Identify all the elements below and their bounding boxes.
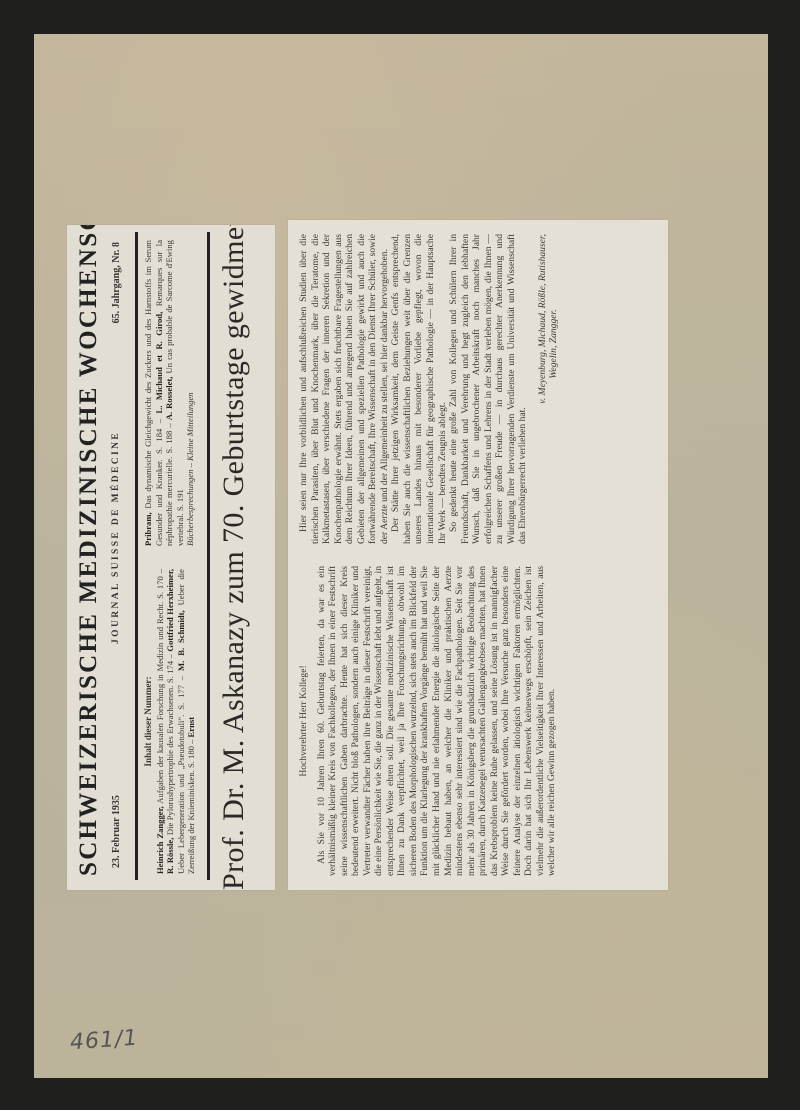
masthead-subline: 23. Februar 1935 JOURNAL SUISSE DE MÉDEC… (111, 236, 127, 876)
toc-author: R. Rössle, (165, 838, 175, 874)
body-paragraph: So gedenkt heute eine große Zahl von Kol… (448, 234, 529, 544)
salutation: Hochverehrter Herr Kollege! (298, 566, 310, 876)
toc-author: Ernst (186, 717, 196, 738)
toc-article: Die Pylorushypertrophie des Erwachsenen.… (165, 652, 175, 838)
issue-number: 65. Jahrgang, Nr. 8 (111, 242, 122, 323)
article-title: Prof. Dr. M. Askanazy zum 70. Geburtstag… (217, 225, 251, 890)
issue-date: 23. Februar 1935 (111, 795, 122, 868)
toc-heading: Inhalt dieser Nummer: (143, 569, 154, 874)
toc-author: Gottfried Herxheimer, (165, 569, 175, 652)
table-of-contents: Inhalt dieser Nummer: Heinrich Zangger, … (143, 234, 205, 878)
toc-author: L. Michaud et R. Girod, (154, 312, 164, 414)
masthead-clipping: SCHWEIZERISCHE MEDIZINISCHE WOCHENSCHRIF… (67, 225, 275, 890)
toc-author: A. Rosselet, (164, 377, 174, 421)
article-body-clipping: Hochverehrter Herr Kollege! Als Sie vor … (288, 220, 668, 890)
journal-title: SCHWEIZERISCHE MEDIZINISCHE WOCHENSCHRIF… (75, 236, 103, 876)
article-body-rotated: Hochverehrter Herr Kollege! Als Sie vor … (288, 220, 668, 890)
toc-column-2: Pribram, Das dynamische Gleichgewicht de… (143, 240, 196, 546)
divider-rule (207, 232, 210, 880)
signature-line: Wegelin, Zangger. (548, 234, 560, 544)
body-column-left: Hochverehrter Herr Kollege! Als Sie vor … (298, 566, 558, 876)
toc-column-1: Inhalt dieser Nummer: Heinrich Zangger, … (143, 569, 197, 874)
archive-number: 461/1 (69, 1026, 139, 1056)
signature-line: v. Meyenburg, Michaud, Rößle, Rutishause… (537, 234, 549, 544)
body-paragraph: Hier seien nur Ihre vorbildlichen und au… (298, 234, 390, 544)
body-paragraph: Als Sie vor 10 Jahren Ihren 60. Geburtst… (316, 566, 558, 876)
toc-author: M. B. Schmidt, (176, 610, 186, 671)
toc-entries-1: Heinrich Zangger, Aufgaben der kausalen … (155, 569, 197, 874)
divider-rule (135, 232, 138, 880)
toc-footer: Bücherbesprechungen – Kleine Mitteilunge… (185, 240, 196, 546)
masthead-rotated: SCHWEIZERISCHE MEDIZINISCHE WOCHENSCHRIF… (67, 225, 275, 890)
toc-author: Heinrich Zangger, (155, 806, 165, 874)
toc-entries-2: Pribram, Das dynamische Gleichgewicht de… (143, 240, 185, 546)
toc-article: Aufgaben der kausalen Forschung in Mediz… (155, 569, 165, 806)
body-paragraph: Der Stätte Ihrer jetzigen Wirksamkeit, d… (390, 234, 448, 544)
journal-french-title: JOURNAL SUISSE DE MÉDECINE (111, 431, 121, 644)
body-column-right: Hier seien nur Ihre vorbildlichen und au… (298, 234, 560, 544)
toc-author: Pribram, (143, 512, 153, 546)
toc-article: Ueber Lebergeneration und „Pseudotubuli“… (176, 671, 186, 874)
